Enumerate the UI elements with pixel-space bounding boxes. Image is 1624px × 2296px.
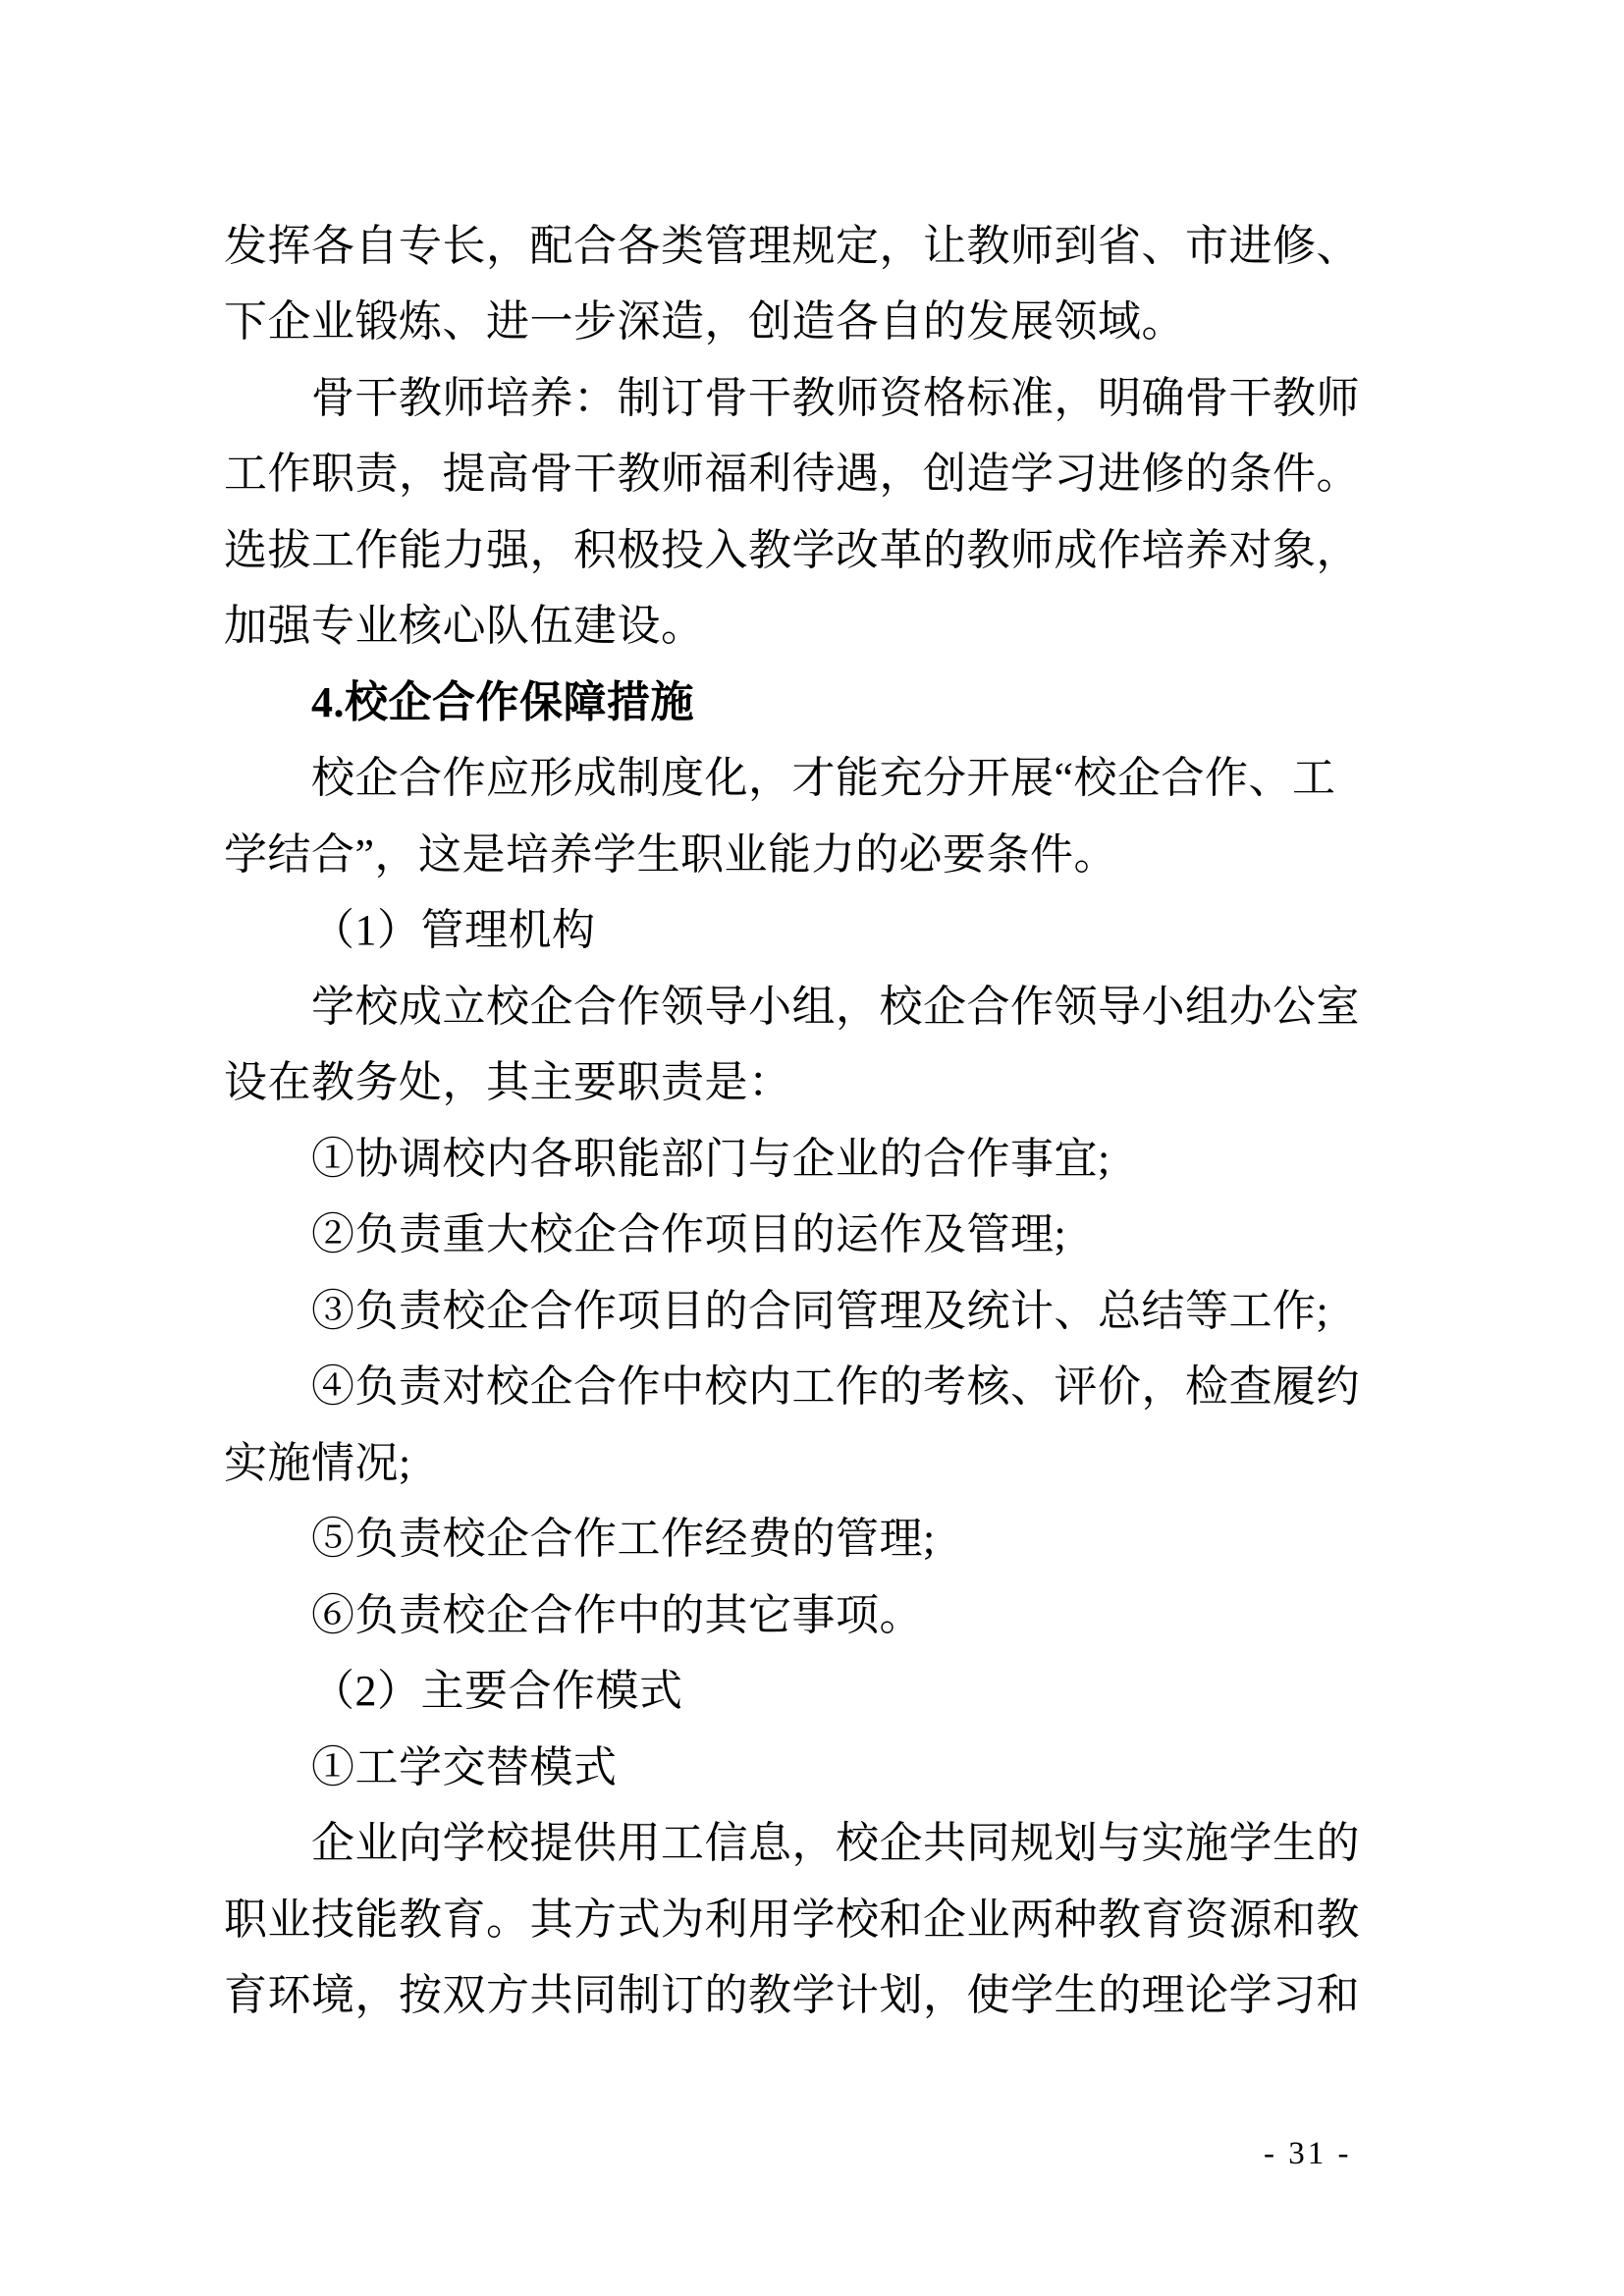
text-line: 选拔工作能力强，积极投入教学改革的教师成作培养对象， <box>224 507 1378 584</box>
text-line: ①工学交替模式 <box>224 1725 1378 1801</box>
text-line: 学校成立校企合作领导小组，校企合作领导小组办公室 <box>224 964 1378 1041</box>
text-line: ②负责重大校企合作项目的运作及管理; <box>224 1193 1378 1269</box>
text-line: 职业技能教育。其方式为利用学校和企业两种教育资源和教 <box>224 1877 1378 1953</box>
text-line: 学结合”，这是培养学生职业能力的必要条件。 <box>224 812 1378 888</box>
text-line: ①协调校内各职能部门与企业的合作事宜; <box>224 1116 1378 1193</box>
text-line: 企业向学校提供用工信息，校企共同规划与实施学生的 <box>224 1801 1378 1878</box>
text-line: 加强专业核心队伍建设。 <box>224 584 1378 661</box>
document-page: 发挥各自专长，配合各类管理规定，让教师到省、市进修、下企业锻炼、进一步深造，创造… <box>0 0 1624 2296</box>
text-line: ③负责校企合作项目的合同管理及统计、总结等工作; <box>224 1268 1378 1345</box>
page-number: - 31 - <box>1264 2136 1351 2172</box>
text-line: 下企业锻炼、进一步深造，创造各自的发展领域。 <box>224 280 1378 356</box>
text-line: 实施情况; <box>224 1420 1378 1497</box>
text-line: ⑤负责校企合作工作经费的管理; <box>224 1497 1378 1574</box>
text-line: 工作职责，提高骨干教师福利待遇，创造学习进修的条件。 <box>224 432 1378 508</box>
document-body: 发挥各自专长，配合各类管理规定，让教师到省、市进修、下企业锻炼、进一步深造，创造… <box>224 203 1378 2029</box>
text-line: 设在教务处，其主要职责是： <box>224 1041 1378 1117</box>
text-line: ⑥负责校企合作中的其它事项。 <box>224 1573 1378 1649</box>
text-line: 校企合作应形成制度化，才能充分开展“校企合作、工 <box>224 736 1378 813</box>
text-line: 发挥各自专长，配合各类管理规定，让教师到省、市进修、 <box>224 203 1378 280</box>
section-heading-line: 4.校企合作保障措施 <box>224 660 1378 736</box>
text-line: （2）主要合作模式 <box>224 1649 1378 1726</box>
text-line: ④负责对校企合作中校内工作的考核、评价，检查履约 <box>224 1345 1378 1421</box>
text-line: 骨干教师培养：制订骨干教师资格标准，明确骨干教师 <box>224 355 1378 432</box>
text-line: 育环境，按双方共同制订的教学计划，使学生的理论学习和 <box>224 1953 1378 2030</box>
text-line: （1）管理机构 <box>224 888 1378 965</box>
